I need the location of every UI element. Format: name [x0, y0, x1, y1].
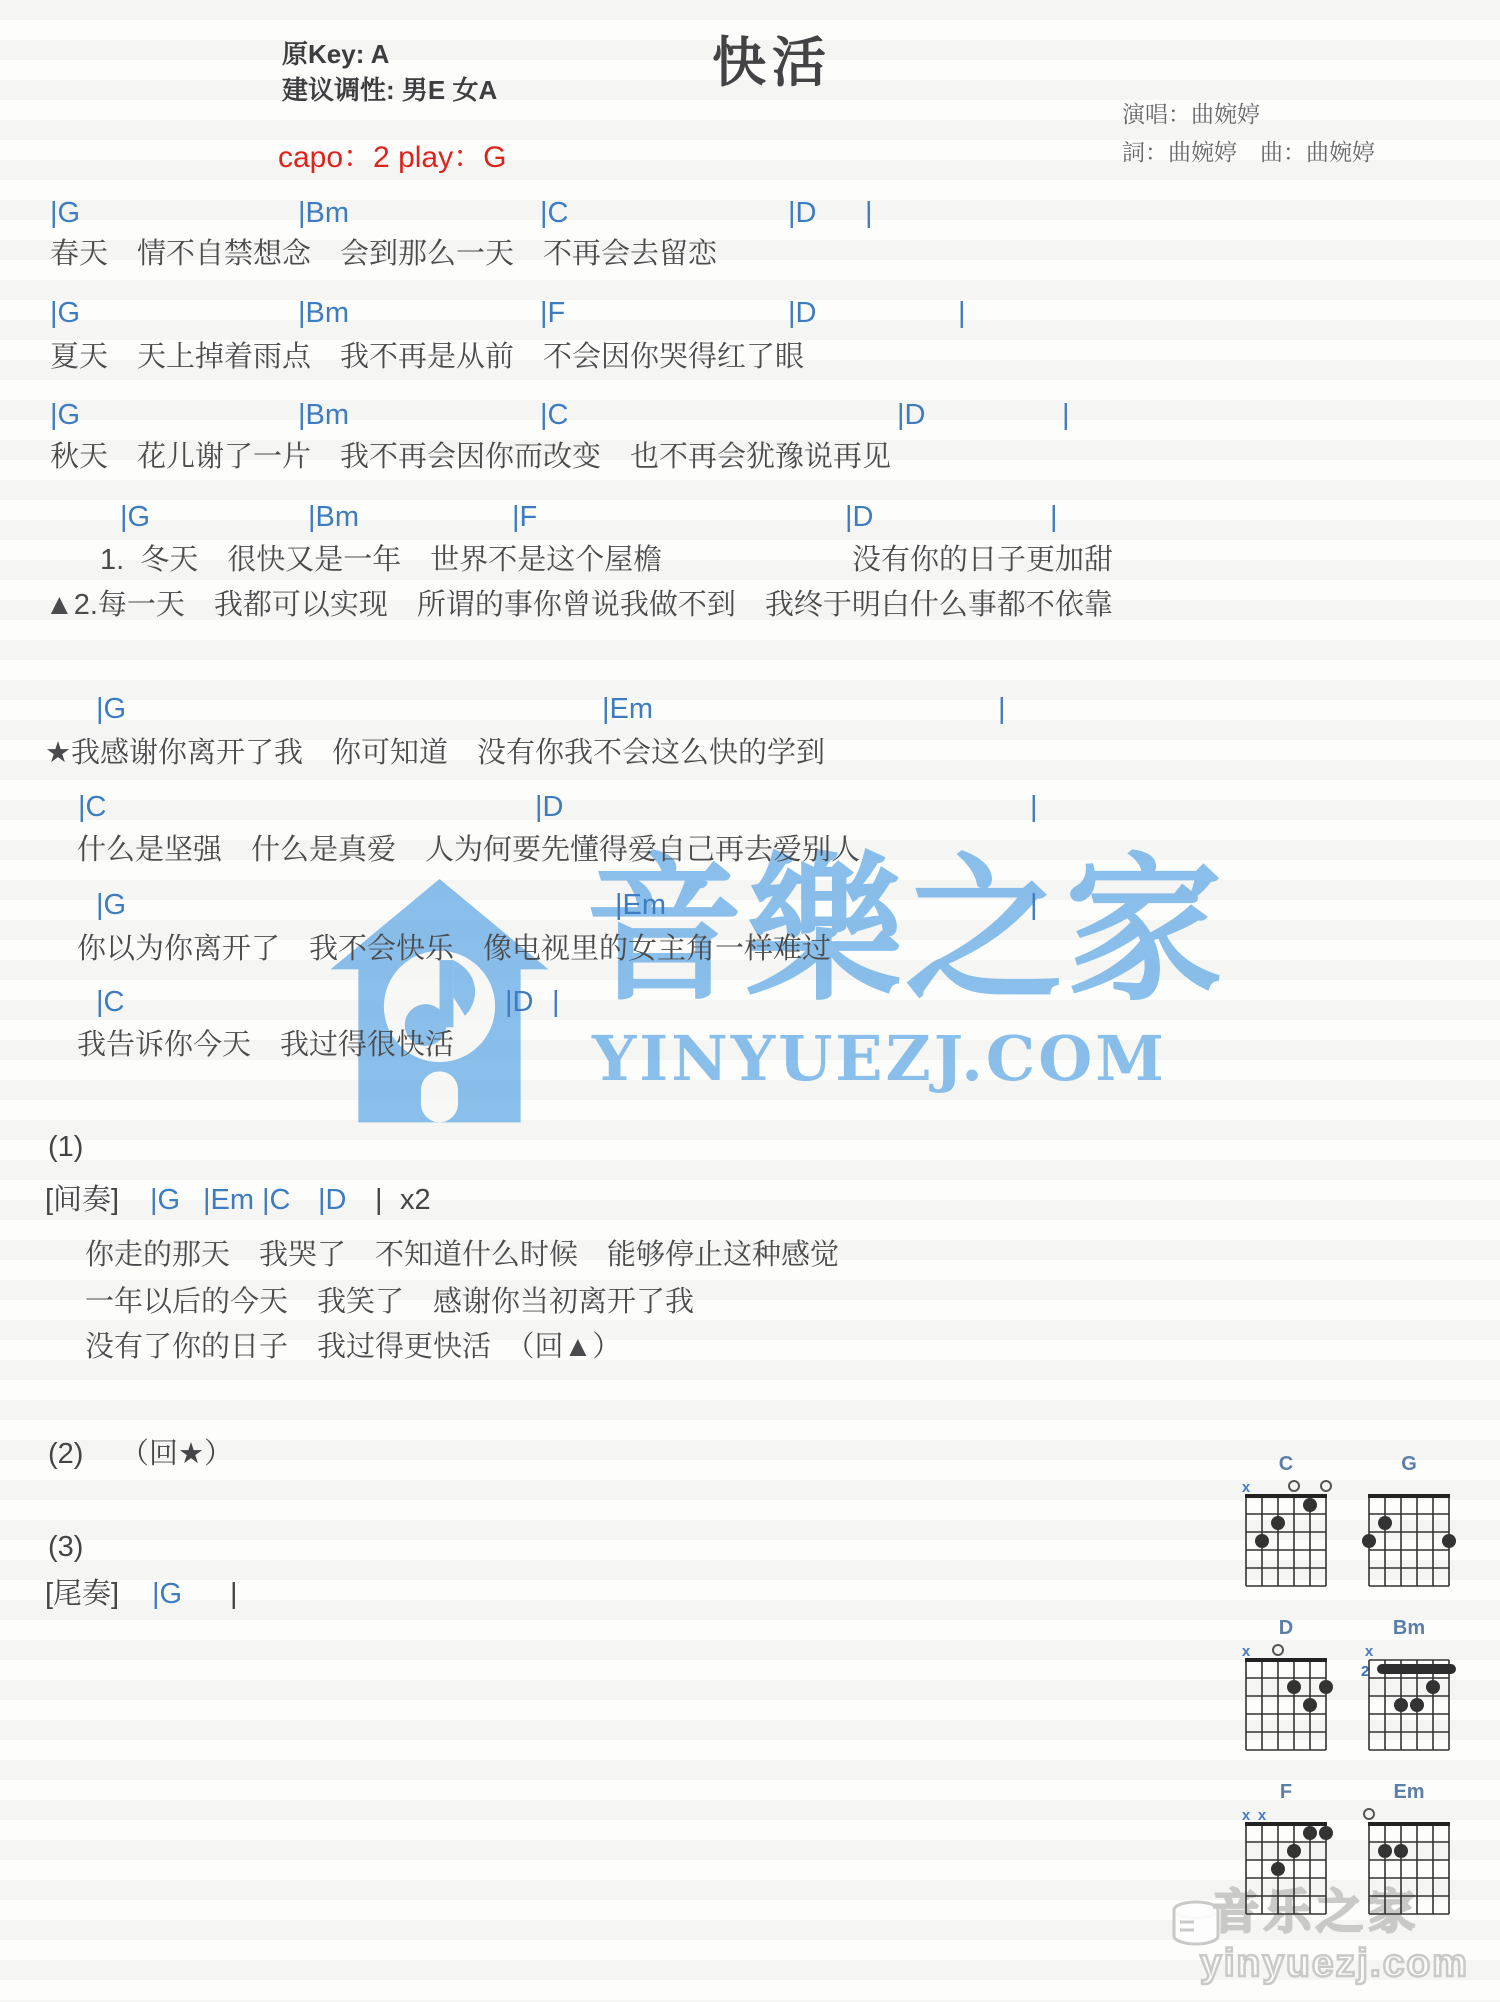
svg-text:x: x	[1365, 1643, 1374, 1660]
lyric-text: 春天 情不自禁想念 会到那么一天 不再会去留恋	[50, 237, 717, 272]
chord-token: |C	[540, 398, 568, 433]
section-label: x2	[400, 1183, 431, 1218]
chord-token: |G	[96, 692, 126, 727]
chord-token: |G	[150, 1183, 180, 1218]
lyric-text: 没有你的日子更加甜	[852, 543, 1113, 578]
chord-token: |Bm	[298, 296, 349, 331]
lyric-text: 一年以后的今天 我笑了 感谢你当初离开了我	[85, 1285, 694, 1320]
song-line: [间奏]|G|Em|C|D|x2	[0, 1183, 1500, 1223]
chord-diagram-C: Cx	[1238, 1452, 1334, 1602]
chord-token: |C	[262, 1183, 290, 1218]
chord-token: |	[958, 296, 966, 331]
chord-token: |F	[512, 500, 537, 535]
lyric-text: 什么是坚强 什么是真爱 人为何要先懂得爱自己再去爱别人	[77, 833, 860, 868]
section-label: |	[230, 1577, 238, 1612]
chord-token: |	[998, 692, 1006, 727]
chord-token: |Bm	[308, 500, 359, 535]
svg-text:G: G	[1401, 1453, 1417, 1475]
song-line: 1. 冬天 很快又是一年 世界不是这个屋檐没有你的日子更加甜	[0, 543, 1500, 583]
lyric-text: 你走的那天 我哭了 不知道什么时候 能够停止这种感觉	[85, 1238, 839, 1273]
chord-token: |G	[120, 500, 150, 535]
chord-token: |	[1062, 398, 1070, 433]
song-line: 什么是坚强 什么是真爱 人为何要先懂得爱自己再去爱别人	[0, 833, 1500, 873]
svg-text:F: F	[1280, 1781, 1292, 1803]
song-line: |C|D|	[0, 985, 1500, 1025]
song-line: ▲2.每一天 我都可以实现 所谓的事你曾说我做不到 我终于明白什么事都不依靠	[0, 588, 1500, 628]
song-line: 一年以后的今天 我笑了 感谢你当初离开了我	[0, 1285, 1500, 1325]
lyric-text: 1. 冬天 很快又是一年 世界不是这个屋檐	[100, 543, 662, 578]
section-label: （回★）	[120, 1437, 233, 1472]
lyric-text: ★我感谢你离开了我 你可知道 没有你我不会这么快的学到	[45, 736, 825, 771]
song-line: 你以为你离开了 我不会快乐 像电视里的女主角一样难过	[0, 932, 1500, 972]
lyric-text: 没有了你的日子 我过得更快活 （回▲）	[85, 1330, 621, 1365]
chord-token: |	[1050, 500, 1058, 535]
song-line: ★我感谢你离开了我 你可知道 没有你我不会这么快的学到	[0, 736, 1500, 776]
lyric-text: 你以为你离开了 我不会快乐 像电视里的女主角一样难过	[77, 932, 831, 967]
svg-text:Em: Em	[1393, 1781, 1424, 1803]
song-line: 我告诉你今天 我过得很快活	[0, 1028, 1500, 1068]
section-label: [尾奏]	[45, 1577, 119, 1612]
chord-token: |Em	[203, 1183, 254, 1218]
svg-text:D: D	[1279, 1617, 1293, 1639]
chord-token: |G	[96, 888, 126, 923]
chord-token: |Em	[615, 888, 666, 923]
chord-sheet-page: 音樂之家 YINYUEZJ.COM 音乐之家 yinyuezj.com 原Key…	[0, 0, 1500, 2002]
chord-token: |D	[535, 790, 563, 825]
chord-token: |C	[78, 790, 106, 825]
svg-text:x: x	[1258, 1807, 1267, 1824]
song-line: 春天 情不自禁想念 会到那么一天 不再会去留恋	[0, 237, 1500, 277]
chord-token: |G	[50, 196, 80, 231]
lyric-text: 秋天 花儿谢了一片 我不再会因你而改变 也不再会犹豫说再见	[50, 440, 891, 475]
svg-text:x: x	[1242, 1479, 1251, 1496]
song-line: |G|Bm|C|D|	[0, 398, 1500, 438]
chord-token: |Em	[602, 692, 653, 727]
song-line: 夏天 天上掉着雨点 我不再是从前 不会因你哭得红了眼	[0, 340, 1500, 380]
chord-token: |D	[845, 500, 873, 535]
chord-diagrams: CxGDxBmx2FxxEm	[1238, 1452, 1457, 1930]
svg-text:C: C	[1279, 1453, 1293, 1475]
chord-token: |C	[96, 985, 124, 1020]
song-line: |G|Em|	[0, 888, 1500, 928]
chord-diagram-F: Fxx	[1238, 1780, 1334, 1930]
chord-token: |D	[897, 398, 925, 433]
section-label: [间奏]	[45, 1183, 119, 1218]
lyric-text: ▲2.每一天 我都可以实现 所谓的事你曾说我做不到 我终于明白什么事都不依靠	[45, 588, 1113, 623]
chord-token: |Bm	[298, 398, 349, 433]
song-line: (1)	[0, 1130, 1500, 1170]
chord-diagram-G: G	[1361, 1452, 1457, 1602]
song-line: 秋天 花儿谢了一片 我不再会因你而改变 也不再会犹豫说再见	[0, 440, 1500, 480]
lyric-text: 我告诉你今天 我过得很快活	[77, 1028, 454, 1063]
chord-token: |D	[788, 196, 816, 231]
chord-token: |G	[50, 398, 80, 433]
chord-diagram-Em: Em	[1361, 1780, 1457, 1930]
chord-token: |	[552, 985, 560, 1020]
song-line: 没有了你的日子 我过得更快活 （回▲）	[0, 1330, 1500, 1370]
chord-token: |C	[540, 196, 568, 231]
chord-token: |Bm	[298, 196, 349, 231]
svg-text:x: x	[1242, 1643, 1251, 1660]
chord-token: |D	[788, 296, 816, 331]
svg-text:Bm: Bm	[1393, 1617, 1425, 1639]
song-line: 你走的那天 我哭了 不知道什么时候 能够停止这种感觉	[0, 1238, 1500, 1278]
chord-token: |	[1030, 790, 1038, 825]
song-line: |G|Bm|F|D|	[0, 500, 1500, 540]
chord-token: |D	[318, 1183, 346, 1218]
section-label: (1)	[48, 1130, 83, 1165]
song-line: |G|Bm|F|D|	[0, 296, 1500, 336]
song-line: |G|Bm|C|D|	[0, 196, 1500, 236]
chord-token: |D	[505, 985, 533, 1020]
song-line: |C|D|	[0, 790, 1500, 830]
section-label: (2)	[48, 1437, 83, 1472]
chord-diagram-D: Dx	[1238, 1616, 1334, 1766]
chord-token: |G	[152, 1577, 182, 1612]
chord-diagram-Bm: Bmx2	[1361, 1616, 1457, 1766]
svg-text:x: x	[1242, 1807, 1251, 1824]
chord-token: |F	[540, 296, 565, 331]
song-line: |G|Em|	[0, 692, 1500, 732]
chord-token: |	[865, 196, 873, 231]
svg-text:2: 2	[1361, 1663, 1369, 1680]
section-label: (3)	[48, 1530, 83, 1565]
chord-token: |	[1030, 888, 1038, 923]
section-label: |	[375, 1183, 383, 1218]
lyric-text: 夏天 天上掉着雨点 我不再是从前 不会因你哭得红了眼	[50, 340, 804, 375]
chord-token: |G	[50, 296, 80, 331]
